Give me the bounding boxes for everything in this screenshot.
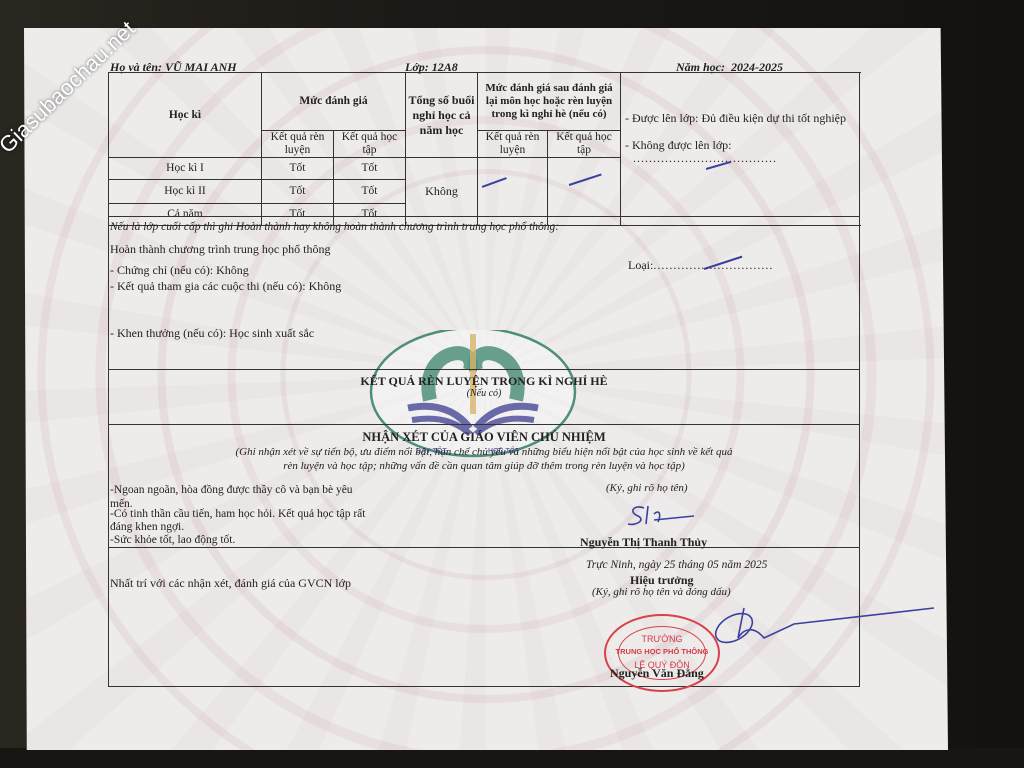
teacher-comment-2b: đáng khen ngợi. <box>110 521 184 533</box>
divider <box>108 547 860 548</box>
divider <box>108 216 860 217</box>
stamp-line-1: TRƯỜNG <box>606 634 718 644</box>
divider <box>108 424 860 425</box>
summer-subtitle: (Nếu có) <box>108 388 860 399</box>
not-promoted-dots: .................................... <box>633 153 857 163</box>
conduct-cell: Tốt <box>262 180 334 204</box>
completion-value: Hoàn thành chương trình trung học phổ th… <box>110 242 330 257</box>
rank-dots: .............................. <box>653 258 773 272</box>
teacher-sign-note: (Ký, ghi rõ họ tên) <box>606 482 688 494</box>
study-cell: Tốt <box>334 180 406 204</box>
teacher-instruction-2: rèn luyện và học tập; những vấn đề cần q… <box>108 460 860 472</box>
place-date: Trực Ninh, ngày 25 tháng 05 năm 2025 <box>586 559 767 571</box>
subheader-reassess-study: Kết quả học tập <box>548 131 621 158</box>
header-reassess: Mức đánh giá sau đánh giá lại môn học ho… <box>478 73 621 131</box>
rank-line: Loại:.............................. <box>628 258 773 273</box>
subheader-conduct: Kết quả rèn luyện <box>262 131 334 158</box>
teacher-instruction-1: (Ghi nhận xét về sự tiến bộ, ưu điểm nổi… <box>108 446 860 458</box>
principal-comment: Nhất trí với các nhận xét, đánh giá của … <box>110 576 351 591</box>
principal-sign-note: (Ký, ghi rõ họ tên và đóng dấu) <box>592 586 731 598</box>
report-card-page: Họ và tên: VŨ MAI ANH Lớp: 12A8 Năm học:… <box>24 28 948 750</box>
teacher-name: Nguyễn Thị Thanh Thủy <box>580 535 707 550</box>
teacher-comment-2: -Có tinh thần cầu tiến, ham học hỏi. Kết… <box>110 508 365 520</box>
promotion-status: - Được lên lớp: Đủ điều kiện dự thi tốt … <box>625 111 857 126</box>
principal-signature <box>704 598 934 658</box>
principal-name: Nguyễn Văn Đằng <box>610 666 704 681</box>
teacher-section-title: NHẬN XÉT CỦA GIÁO VIÊN CHỦ NHIỆM <box>108 430 860 445</box>
promotion-cell: - Được lên lớp: Đủ điều kiện dự thi tốt … <box>621 73 861 226</box>
term-cell: Học kì I <box>109 158 262 180</box>
teacher-comment-3: -Sức khỏe tốt, lao động tốt. <box>110 534 235 546</box>
desk-background <box>0 748 1024 768</box>
study-cell: Tốt <box>334 158 406 180</box>
completion-instruction: Nếu là lớp cuối cấp thì ghi Hoàn thành h… <box>110 221 559 233</box>
certificate-line: - Chứng chỉ (nếu có): Không <box>110 263 249 278</box>
header-absences: Tổng số buổi nghỉ học cả năm học <box>406 73 478 158</box>
grades-table: Học kì Mức đánh giá Tổng số buổi nghỉ họ… <box>108 72 861 226</box>
term-cell: Học kì II <box>109 180 262 204</box>
conduct-cell: Tốt <box>262 158 334 180</box>
stamp-line-2: TRUNG HỌC PHỔ THÔNG <box>606 647 718 656</box>
awards-line: - Khen thưởng (nếu có): Học sinh xuất sắ… <box>110 326 314 341</box>
competitions-line: - Kết quả tham gia các cuộc thi (nếu có)… <box>110 279 341 294</box>
header-rating: Mức đánh giá <box>262 73 406 131</box>
rank-label: Loại: <box>628 258 653 272</box>
subheader-study: Kết quả học tập <box>334 131 406 158</box>
teacher-signature <box>624 502 714 530</box>
subheader-reassess-conduct: Kết quả rèn luyện <box>478 131 548 158</box>
teacher-comment-1: -Ngoan ngoãn, hòa đồng được thầy cô và b… <box>110 484 353 496</box>
header-term: Học kì <box>109 73 262 158</box>
divider <box>108 369 860 370</box>
summer-title: KẾT QUẢ RÈN LUYỆN TRONG KÌ NGHỈ HÈ <box>108 374 860 389</box>
